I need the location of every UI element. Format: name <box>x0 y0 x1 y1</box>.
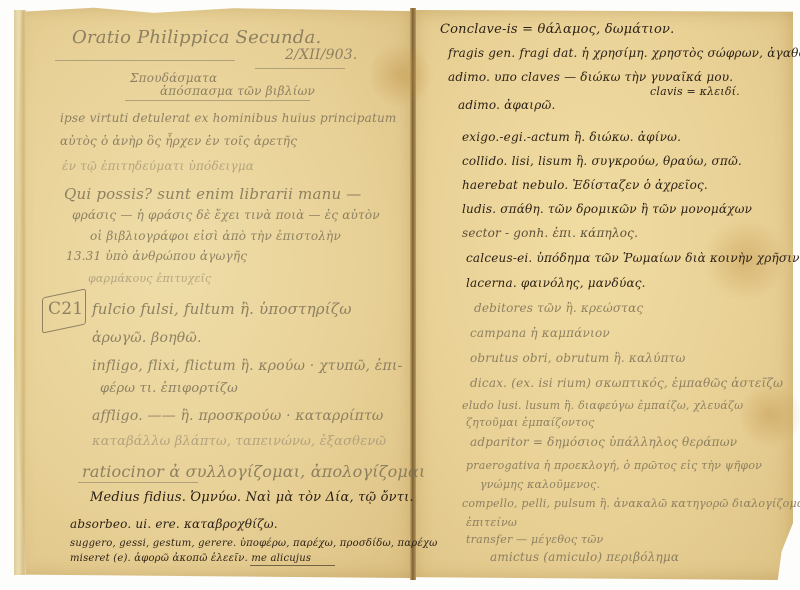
text-line: clavis = κλειδί. <box>650 85 740 98</box>
text-line: ratiocinor ἀ συλλογίζομαι, ἀπολογίζομαι <box>82 462 426 481</box>
heading-underline <box>55 60 235 61</box>
age-stain <box>740 380 800 450</box>
text-line: Qui possis? sunt enim librarii manu — <box>64 185 362 203</box>
text-line: amictus (amiculo) περιβόλημα <box>490 550 679 564</box>
text-line: γνώμης καλοῦμενος. <box>480 478 600 491</box>
date-underline <box>255 68 345 69</box>
text-line: dicax. (ex. isi rium) σκωπτικός, ἐμπαθῶς… <box>470 376 783 390</box>
text-line: φράσις — ἡ φράσις δὲ ἔχει τινὰ ποιὰ — ἐς… <box>72 208 380 222</box>
text-underline <box>250 565 335 566</box>
text-line: fragis gen. fragi dat. ἡ χρησίμη. χρηστὸ… <box>448 46 800 60</box>
age-stain <box>370 40 430 110</box>
text-line: ἐπιτείνω <box>466 516 517 529</box>
text-line: infligo, flixi, flictum ἢ. κρούω · χτυπῶ… <box>92 358 402 374</box>
subheading-1: Σπουδάσματα <box>130 71 217 85</box>
text-line: adimo. ἀφαιρῶ. <box>458 98 555 112</box>
text-line: praerogativa ἡ προεκλογή, ὁ πρῶτος εἰς τ… <box>466 459 762 472</box>
text-line: ludis. σπάθη. τῶν δρομικῶν ἢ τῶν μονομάχ… <box>462 202 752 216</box>
text-line: compello, pelli, pulsum ἢ. ἀνακαλῶ κατηγ… <box>462 497 800 510</box>
text-line: adimo. υπο claves — διώκω τὴν γυναῖκά μο… <box>448 70 733 84</box>
text-line: φέρω τι. ἐπιφορτίζω <box>100 381 238 396</box>
text-line: obrutus obri, obrutum ἢ. καλύπτω <box>470 351 686 365</box>
text-underline <box>78 482 198 483</box>
text-line: fulcio fulsi, fultum ἢ. ὑποστηρίζω <box>92 300 352 318</box>
text-line: αὐτὸς ὁ ἀνὴρ ὃς ἦρχεν ἐν τοῖς ἀρετῆς <box>60 134 297 148</box>
text-line: calceus-ei. ὑπόδημα τῶν Ῥωμαίων διὰ κοιν… <box>466 251 800 265</box>
text-line: ipse virtuti detulerat ex hominibus huiu… <box>60 111 396 125</box>
text-line: transfer — μέγεθος τῶν <box>466 533 603 546</box>
text-line: sector - gonh. ἐπι. κάπηλος. <box>462 226 638 240</box>
text-line: absorbeo. ui. ere. καταβροχθίζω. <box>70 517 278 531</box>
text-line: ζητοῦμαι ἐμπαίζοντος <box>466 416 595 429</box>
text-line: eludo lusi. lusum ἢ. διαφεύγω ἐμπαίζω, χ… <box>462 399 743 412</box>
text-line: debitores τῶν ἢ. κρεώστας <box>474 301 643 315</box>
text-line: affligo. —— ἢ. προσκρούω · καταρρίπτω <box>92 408 384 424</box>
text-line: ἀρωγῶ. βοηθῶ. <box>92 330 202 346</box>
subheading-underline <box>125 100 310 101</box>
text-line: collido. lisi, lisum ἢ. συγκρούω, θραύω,… <box>462 154 742 168</box>
notebook-scan: Oratio Philippica Secunda. 2/XII/903. Σπ… <box>0 0 800 590</box>
text-line: campana ἡ καμπάνιον <box>470 326 610 340</box>
text-line: exigo.-egi.-actum ἢ. διώκω. ἀφίνω. <box>462 130 681 144</box>
text-line: 13.31 ὑπὸ ἀνθρώπου ἀγωγῆς <box>66 249 247 263</box>
text-line: οἱ βιβλιογράφοι εἰσὶ ἀπὸ τὴν ἐπιστολὴν <box>90 229 341 243</box>
text-line: lacerna. φαινόλης, μανδύας. <box>466 276 646 290</box>
text-line: haerebat nebulo. Ἐδίσταζεν ὁ ἀχρεῖος. <box>462 178 708 192</box>
text-line: Conclave-is = θάλαμος, δωμάτιον. <box>440 22 674 37</box>
text-line: φαρμάκους ἐπιτυχεῖς <box>88 272 211 285</box>
text-line: miseret (e). ἀφορῶ ἀκοπῶ ἐλεεῖν. me alic… <box>70 553 311 564</box>
page-heading: Oratio Philippica Secunda. <box>72 27 321 48</box>
text-line: adparitor = δημόσιος ὑπάλληλος θεράπων <box>470 435 737 449</box>
left-page-torn-edge <box>14 10 26 575</box>
margin-number: C21 <box>48 299 83 319</box>
subheading-2: ἀπόσπασμα τῶν βιβλίων <box>160 84 315 98</box>
text-line: suggero, gessi, gestum, gerere. ὑποφέρω,… <box>70 538 438 549</box>
text-line: καταβάλλω βλάπτω, ταπεινώνω, ἐξασθενῶ <box>92 434 386 449</box>
page-date: 2/XII/903. <box>285 47 358 63</box>
text-line: Medius fidius. Ὀμνύω. Ναὶ μὰ τὸν Δία, τῷ… <box>90 490 414 505</box>
text-line: ἐν τῷ ἐπιτηδεύματι ὑπόδειγμα <box>62 159 254 173</box>
